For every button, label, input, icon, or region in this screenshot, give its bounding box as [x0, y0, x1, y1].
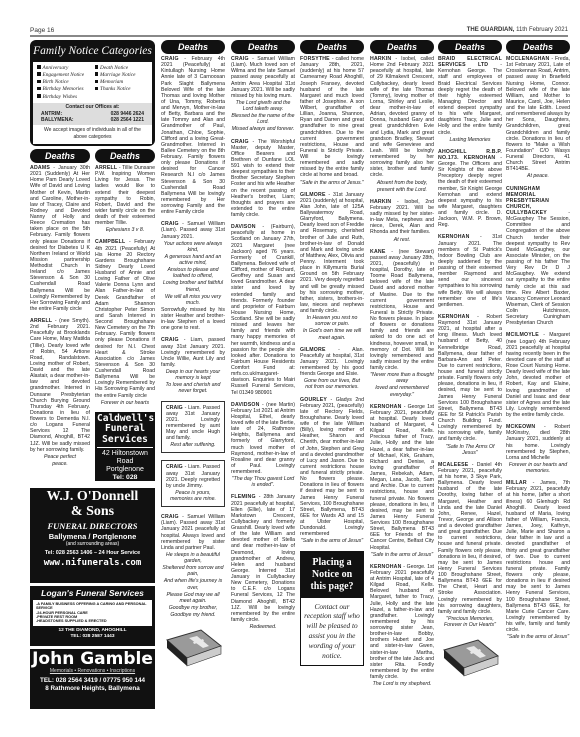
death-notice: CRAIG - Samuel William (Liam). Much love…: [231, 56, 295, 133]
notice-text: - George 1st February 2021, peacefully a…: [370, 404, 434, 551]
death-notice: BRAID ELECTRICAL SERVICES LTD - Kernohan…: [438, 56, 502, 143]
odonnell-phone: Tel: 028 2563 1406 – 24 Hour Service: [32, 550, 153, 556]
death-notice: GILMORE - 31st January 2021 (suddenly) a…: [300, 192, 364, 341]
deceased-name: DAVIDSON: [231, 402, 260, 408]
notice-verse: "Safe in the arms of Jesus": [300, 538, 364, 544]
notice-verse: At peace.: [506, 173, 570, 179]
odonnell-sons: & Sons: [32, 505, 153, 520]
deceased-name: CRAIG: [231, 56, 249, 62]
gamble-address: 8 Rathmore Heights, Ballymena: [32, 685, 153, 692]
deceased-name: CRAIG: [161, 221, 179, 227]
notice-body: HARKIN - Isobel, 2nd February 2021. Will…: [370, 199, 434, 236]
deaths-column-2: DeathsARRELL - Tillie Dunsane P.W. Inspi…: [95, 149, 155, 481]
notice-body: BRAID ELECTRICAL SERVICES LTD - Kernohan…: [438, 56, 502, 136]
notice-body: MCKEOWN - Robert McKinstry, died 28th Ja…: [506, 424, 570, 461]
notice-body: CRAIG - Liam. Passed away 31st January 2…: [166, 405, 220, 442]
category-memoriam: Memoriam: [95, 79, 149, 85]
deceased-name: CRAIG: [161, 337, 179, 343]
notice-body: FORSYTHE - called home January 28th, 202…: [300, 56, 364, 179]
notice-text: - Daniel 4th February 2021, peacefully a…: [438, 462, 502, 615]
category-anniversary: Anniversary: [37, 65, 91, 71]
contact-title: Contact our Offices at:: [41, 105, 144, 111]
notice-verse: Peace is yours, memories are mine.: [166, 490, 220, 502]
deaths-heading: Deaths: [231, 40, 295, 54]
gamble-phone: TEL: 028 2564 3419 / 07775 950 144: [32, 677, 153, 684]
deceased-name: ARRELL: [95, 165, 117, 171]
deaths-column-4: DeathsCRAIG - Samuel William (Liam). Muc…: [231, 40, 295, 730]
category-birthday-memories: Birthday Memories: [37, 86, 91, 92]
logan-service: -A FAMILY BUSINESS OFFERING A CARING AND…: [36, 602, 149, 611]
notice-verse: Goodbye my friend.: [161, 612, 225, 618]
deceased-name: MCILMOYLE: [506, 332, 539, 338]
deaths-column-3: DeathsCRAIG - February 4th 2021 (Peacefu…: [161, 40, 225, 730]
deaths-heading: Deaths: [438, 40, 502, 54]
deceased-name: MCCLENAGHAN: [506, 56, 549, 62]
caldwell-address-line: Portglenone: [97, 466, 153, 474]
deaths-column-5: DeathsFORSYTHE - called home January 28t…: [300, 40, 364, 730]
notice-text: - Isobel, called Home 2nd February 2021 …: [370, 56, 434, 178]
death-notice: KERNOHAN - George. 1st February 2021 pea…: [370, 564, 434, 688]
deaths-heading: Deaths: [161, 40, 225, 54]
deceased-name: HARKIN: [370, 199, 391, 205]
notice-verse: "Safe in the arms of Jesus": [370, 552, 434, 558]
deaths-column-7: DeathsBRAID ELECTRICAL SERVICES LTD - Ke…: [438, 40, 502, 730]
caldwell-address-line: 42 Hiltonstown: [97, 450, 153, 458]
deceased-name: GILMORE: [300, 347, 326, 353]
notice-text: - 31st January 2021 (suddenly) at hospit…: [300, 192, 364, 314]
notice-body: KANE - (nee Stewart) passed away January…: [370, 249, 434, 372]
death-notice: AHOGHILL R.B.P. NO.173. KERNOHAN - Georg…: [438, 149, 502, 229]
notice-text: - Kernohan George. The staff and employe…: [438, 62, 502, 135]
notice-verse: Gone from our lives, But not from our me…: [300, 378, 364, 390]
notice-body: CRAIG - Liam, passed away 31st January 2…: [161, 337, 225, 368]
notice-verse: Please God may we all meet again.: [161, 592, 225, 604]
category-thanks: Thanks Notice: [95, 86, 149, 92]
death-notice: CRAIG - Liam. Passed away 31st January 2…: [161, 460, 225, 507]
bible-icon: [440, 636, 500, 681]
notice-verse: "Safe in the arms of Jesus.": [300, 180, 364, 186]
notice-verse: Forever in our hearts: [95, 400, 155, 406]
caldwell-phone: Tel: 028 25821666: [97, 474, 153, 481]
notice-verse: Blessed be the name of the Lord.: [231, 113, 295, 125]
notice-body: MCALEESE - Daniel 4th February 2021, pea…: [438, 462, 502, 615]
notice-verse: Peace perfect: [30, 454, 90, 460]
notice-text: - McGaughey The Session, Committee and C…: [506, 210, 570, 326]
deceased-name: AHOGHILL R.B.P. NO.173. KERNOHAN: [438, 149, 502, 161]
notice-body: KERNOHAN - 31st January 2021. The member…: [438, 234, 502, 308]
deaths-column-8: DeathsMCCLENAGHAN - Freda, 1st February …: [506, 40, 570, 730]
notice-body: GILMORE - Alan. Peacefully at hospital, …: [300, 347, 364, 378]
death-notice: ADAMS - January 30th 2021 (Suddenly) At …: [30, 165, 90, 312]
category-engagement: Engagement Notice: [37, 72, 91, 78]
death-notice: ARRELL - Tillie Dunsane P.W. Inspiring W…: [95, 165, 155, 233]
notice-verse: "Never more than a thought away: [370, 372, 434, 384]
paper-name: THE GUARDIAN,: [467, 27, 515, 33]
deceased-name: CRAIG: [231, 139, 249, 145]
notice-body: FLEMING - 28th January 2021 peacefully a…: [231, 494, 295, 623]
notice-body: HARKIN - Isobel, called Home 2nd Februar…: [370, 56, 434, 179]
notice-verse: Rest after suffering.: [166, 442, 220, 448]
death-notice: MCALEESE - Daniel 4th February 2021, pea…: [438, 462, 502, 628]
odonnell-name: W.J. O'Donnell: [32, 490, 153, 505]
notice-verse: "Safe in the arms of Jesus": [506, 634, 570, 640]
notice-body: GOURLEY - Gladys 2nd February 2021, (pea…: [300, 397, 364, 538]
odonnell-subtitle: FUNERAL DIRECTORS: [32, 521, 153, 531]
notice-body: GILMORE - 31st January 2021 (suddenly) a…: [300, 192, 364, 315]
notice-body: AHOGHILL R.B.P. NO.173. KERNOHAN - Georg…: [438, 149, 502, 229]
logan-phone: TEL: 028 2587 1443: [32, 634, 153, 640]
logan-funeral-ad: Logan's Funeral Services -A FAMILY BUSIN…: [30, 586, 155, 646]
death-notice: CRAIG - Liam. Passed away 31st January 2…: [161, 401, 225, 454]
notice-verse: Forever in our hearts and memories.: [506, 462, 570, 474]
notice-verse: "Precious Memories, Forever in Our Heart…: [438, 616, 502, 628]
deaths-heading: Deaths: [300, 40, 364, 54]
notice-body: DAVIDSON - (nee Martin) February 1st 202…: [231, 402, 295, 476]
notice-text: - Robert Raymond 31st January 2021, at h…: [438, 314, 502, 443]
death-notice: HARKIN - Isobel, called Home 2nd Februar…: [370, 56, 434, 193]
deceased-name: GOURLEY: [300, 397, 327, 403]
family-notice-categories: Family Notice Categories Anniversary Dea…: [30, 40, 155, 146]
caldwell-funeral-ad: Caldwell'sFuneralServices42 HiltonstownR…: [95, 412, 155, 481]
notice-text: - (Fairburn), peacefully at home in Scot…: [231, 224, 295, 395]
notice-text: - The Worshipful Master, deputy Master, …: [231, 139, 295, 219]
deceased-name: CRAIG: [161, 514, 179, 520]
notice-body: DAVISON - (Fairburn), peacefully at home…: [231, 224, 295, 396]
death-notice: ARRELL - (nee Smyth). 2nd February 2021.…: [30, 318, 90, 467]
notice-text: - Tillie Dunsane P.W. Inspiring Women Li…: [95, 165, 155, 226]
notice-verse: And when life's journey is over,: [161, 578, 225, 590]
logan-title: Logan's Funeral Services: [32, 588, 153, 598]
notice-verse: A generous hand and an active mind,: [161, 254, 225, 266]
deaths-column-1: DeathsADAMS - January 30th 2021 (Suddenl…: [30, 149, 90, 481]
deceased-name: CUNINGHAM MEMORIAL PRESBYTERIAN CHURCH, …: [506, 186, 549, 217]
deceased-name: FLEMING: [231, 494, 256, 500]
notice-verse: Lasting Memories: [438, 137, 502, 143]
deceased-name: GILMORE: [300, 192, 326, 198]
death-notice: CRAIG - Liam, passed away 31st January 2…: [161, 337, 225, 394]
deaths-column-6: DeathsHARKIN - Isobel, called Home 2nd F…: [370, 40, 434, 730]
notice-body: CRAIG - Samuel William (Liam). Much love…: [231, 56, 295, 99]
deceased-name: KERNOHAN: [370, 564, 402, 570]
notice-body: CRAIG - February 4th 2021 (Peacefully) a…: [161, 56, 225, 215]
notice-body: ADAMS - January 30th 2021 (Suddenly) At …: [30, 165, 90, 312]
deceased-name: KERNOHAN: [370, 404, 402, 410]
death-notice: KERNOHAN - Robert Raymond 31st January 2…: [438, 314, 502, 456]
category-birth: Birth Notice: [37, 79, 91, 85]
death-notice: CRAIG - Samuel William (Liam). Passed aw…: [161, 221, 225, 331]
notice-text: - Robert McKinstry, died 28th January 20…: [506, 424, 570, 461]
death-notice: DAVIDSON - (nee Martin) February 1st 202…: [231, 402, 295, 489]
notice-verse: He sleeps in a beautiful garden,: [161, 552, 225, 564]
notice-verse: Absent from the body,: [370, 180, 434, 186]
caldwell-title: Services: [97, 435, 153, 445]
deceased-name: FORSYTHE: [300, 56, 330, 62]
notice-verse: Redeemed.: [231, 624, 295, 630]
deceased-name: CRAIG: [161, 56, 179, 62]
deceased-name: HARKIN: [370, 56, 391, 62]
notice-text: - Margaret (nee Logan) 4th February 2021…: [506, 332, 570, 418]
death-notice: CRAIG - The Worshipful Master, deputy Ma…: [231, 139, 295, 219]
placing-notice-body: Contact our reception staff who will be …: [301, 598, 363, 665]
odonnell-funeral-ad: W.J. O'Donnell & Sons FUNERAL DIRECTORS …: [30, 488, 155, 583]
notice-verse: In Heaven you rest no sorrow or pain.: [300, 315, 364, 327]
notice-body: MILLAR - James, 7th February 2021, peace…: [506, 480, 570, 633]
deceased-name: CAMPBELL: [95, 239, 125, 245]
death-notice: MCKEOWN - Robert McKinstry, died 28th Ja…: [506, 424, 570, 474]
header-rule: [30, 35, 568, 37]
category-list: Anniversary Death Notice Engagement Noti…: [37, 65, 148, 100]
death-notice: CUNINGHAM MEMORIAL PRESBYTERIAN CHURCH, …: [506, 186, 570, 327]
notice-text: - (nee Smyth). 2nd February 2021. Peacef…: [30, 318, 90, 453]
notice-verse: Loving brother and faithful friend,: [161, 280, 225, 292]
deceased-name: ARRELL: [30, 318, 52, 324]
notice-body: MCILMOYLE - Margaret (nee Logan) 4th Feb…: [506, 332, 570, 418]
accept-images-note: We accept images of individuals in all o…: [37, 127, 148, 140]
page-number: Page 16: [30, 27, 54, 35]
death-notice: MCILMOYLE - Margaret (nee Logan) 4th Feb…: [506, 332, 570, 418]
notice-verse: Sheltered from sorrow and pain,: [161, 565, 225, 577]
caldwell-address: 42 HiltonstownRoadPortglenone: [97, 447, 153, 474]
death-notice: GOURLEY - Gladys 2nd February 2021, (pea…: [300, 397, 364, 545]
office-ballymena-phone: 028 2564 1221: [111, 118, 144, 124]
death-notice: KANE - (nee Stewart) passed away January…: [370, 249, 434, 398]
notice-text: - Gladys 2nd February 2021, (peacefully)…: [300, 397, 364, 538]
notice-text: - 31st January 2021. The members of St P…: [438, 234, 502, 307]
categories-title: Family Notice Categories: [33, 45, 152, 59]
notice-text: - (nee Martin) February 1st 2021 at Antr…: [231, 402, 295, 475]
notice-body: CRAIG - Samuel William (Liam). Passed aw…: [161, 514, 225, 551]
deceased-name: CRAIG: [166, 405, 183, 411]
notice-verse: We will all miss you very much.: [161, 294, 225, 306]
notice-text: - 28th January 2021 peacefully at hospit…: [231, 494, 295, 623]
notice-body: MCCLENAGHAN - Freda, 1st February 2021, …: [506, 56, 570, 172]
deaths-heading: Deaths: [95, 149, 155, 163]
logan-services: -A FAMILY BUSINESS OFFERING A CARING AND…: [33, 600, 152, 626]
notice-verse: Ephesians 3 v 8.: [95, 227, 155, 233]
notice-text: - Samuel William (Liam). Much loved son …: [231, 56, 295, 99]
notice-verse: "The day Thou gavest Lord is ended".: [231, 476, 295, 488]
notice-text: - George. 1st February 2021 peacefully a…: [370, 564, 434, 680]
death-notice: CRAIG - February 4th 2021 (Peacefully) a…: [161, 56, 225, 215]
placing-notice-ad: Placing a Notice on this page?Contact ou…: [300, 551, 364, 666]
paper-date: 11th February 2021: [516, 27, 568, 33]
death-notice: FORSYTHE - called home January 28th, 202…: [300, 56, 364, 186]
deceased-name: MCKEOWN: [506, 424, 535, 430]
notice-text: - January 30th 2021 (Suddenly) At Her Ho…: [30, 165, 90, 312]
notice-text: - Samuel William (Liam). Passed away 31s…: [161, 514, 225, 551]
notice-body: CRAIG - The Worshipful Master, deputy Ma…: [231, 139, 295, 219]
notice-text: - Freda, 1st February 2021, Late of Cros…: [506, 56, 570, 172]
notice-text: - February 4th 2021 (Peacefully) at Kint…: [161, 56, 225, 215]
notice-body: CRAIG - Liam. Passed away 31st January 2…: [166, 464, 220, 489]
notice-verse: loved and remembered everyday.": [370, 385, 434, 397]
deaths-heading: Deaths: [30, 149, 90, 163]
deaths-heading: Deaths: [506, 40, 570, 54]
deceased-name: CRAIG: [166, 464, 183, 470]
bible-icon: [163, 626, 223, 671]
john-gamble-ad: John Gamble Memorials • Renovations • In…: [30, 649, 155, 709]
notice-verse: Anxious to please and loathed to offend,: [161, 267, 225, 279]
gamble-services: Memorials • Renovations • Inscriptions: [32, 669, 153, 675]
gamble-title: John Gamble: [32, 651, 153, 669]
death-notice: FLEMING - 28th January 2021 peacefully a…: [231, 494, 295, 630]
death-notice: MCCLENAGHAN - Freda, 1st February 2021, …: [506, 56, 570, 180]
contact-offices: Contact our Offices at: ANTRIM:028 9446 …: [33, 103, 152, 126]
notice-verse: present with the Lord.: [370, 187, 434, 193]
notice-verse: Deep in our hearts your memory is kept: [161, 369, 225, 381]
notice-verse: peace.: [30, 461, 90, 467]
notice-verse: The Lord giveth and the Lord taketh away…: [231, 100, 295, 112]
notice-text: - George. The Officers and Sir Knights o…: [438, 155, 502, 228]
notice-body: KERNOHAN - George 1st February 2021, pea…: [370, 404, 434, 551]
notice-body: ARRELL - (nee Smyth). 2nd February 2021.…: [30, 318, 90, 453]
death-notice: CAMPBELL - February 4th 2021 (Peacefully…: [95, 239, 155, 405]
notice-text-after: Sorrowfully missed by his sister Heather…: [161, 307, 225, 332]
death-notice: KERNOHAN - George 1st February 2021, pea…: [370, 404, 434, 558]
notice-text: - Isobel, 2nd February 2021. Will be sad…: [370, 199, 434, 236]
deceased-name: KANE: [370, 249, 386, 255]
notice-text: - February 4th 2021 (Peacefully) At His …: [95, 239, 155, 398]
logan-service: -HEADSTONES SUPPLIED & ERECTED: [36, 619, 149, 623]
paper-masthead: THE GUARDIAN, 11th February 2021: [467, 27, 568, 34]
notice-verse: At rest.: [370, 237, 434, 243]
death-notice: DAVISON - (Fairburn), peacefully at home…: [231, 224, 295, 396]
notice-body: KERNOHAN - Robert Raymond 31st January 2…: [438, 314, 502, 443]
notice-verse: To love and cherish and never forget.: [161, 382, 225, 394]
notice-text: - Liam. Passed away 31st January 2021. L…: [166, 405, 220, 442]
caldwell-address-line: Road: [97, 458, 153, 466]
notice-body: ARRELL - Tillie Dunsane P.W. Inspiring W…: [95, 165, 155, 226]
death-notice: KERNOHAN - 31st January 2021. The member…: [438, 234, 502, 308]
notice-text: - called home January 28th, 2021, (sudde…: [300, 56, 364, 178]
notice-verse: Missed always and forever.: [231, 126, 295, 132]
death-notice: HARKIN - Isobel, 2nd February 2021. Will…: [370, 199, 434, 243]
notice-body: CRAIG - Samuel William (Liam). Passed aw…: [161, 221, 225, 239]
death-notice: CRAIG - Samuel William (Liam). Passed aw…: [161, 514, 225, 618]
notice-body: KERNOHAN - George. 1st February 2021 pea…: [370, 564, 434, 680]
category-birthday-wishes: Birthday Wishes: [37, 94, 91, 100]
deceased-name: KERNOHAN: [438, 234, 470, 240]
placing-notice-title: Placing a Notice on this page?: [301, 552, 363, 598]
notice-verse: Goodbye my brother,: [161, 605, 225, 611]
death-notice: MILLAR - James, 7th February 2021, peace…: [506, 480, 570, 640]
notice-body: CUNINGHAM MEMORIAL PRESBYTERIAN CHURCH, …: [506, 186, 570, 327]
office-ballymena: BALLYMENA:: [41, 118, 74, 124]
odonnell-website[interactable]: www.nifunerals.com: [32, 558, 153, 569]
notice-text: - (nee Stewart) passed away January 28th…: [370, 249, 434, 371]
death-notice: GILMORE - Alan. Peacefully at hospital, …: [300, 347, 364, 391]
odonnell-area-note: (and surrounding areas): [32, 542, 153, 548]
notice-verse: In God's own time we will meet again.: [300, 328, 364, 340]
category-death-notice: Death Notice: [95, 65, 149, 71]
deceased-name: KERNOHAN: [438, 314, 470, 320]
category-marriage: Marriage Notice: [95, 72, 149, 78]
deaths-heading: Deaths: [370, 40, 434, 54]
deceased-name: MILLAR: [506, 480, 527, 486]
deceased-name: ADAMS: [30, 165, 50, 171]
notice-text: - James, 7th February 2021, peacefully a…: [506, 480, 570, 633]
notice-body: CAMPBELL - February 4th 2021 (Peacefully…: [95, 239, 155, 398]
notice-verse: Your actions were always kind,: [161, 241, 225, 253]
deceased-name: DAVISON: [231, 224, 256, 230]
notice-verse: "Safe In The Arms Of Jesus": [438, 444, 502, 456]
deceased-name: MCALEESE: [438, 462, 468, 468]
notice-verse: The Lord is my shepherd.: [370, 681, 434, 687]
